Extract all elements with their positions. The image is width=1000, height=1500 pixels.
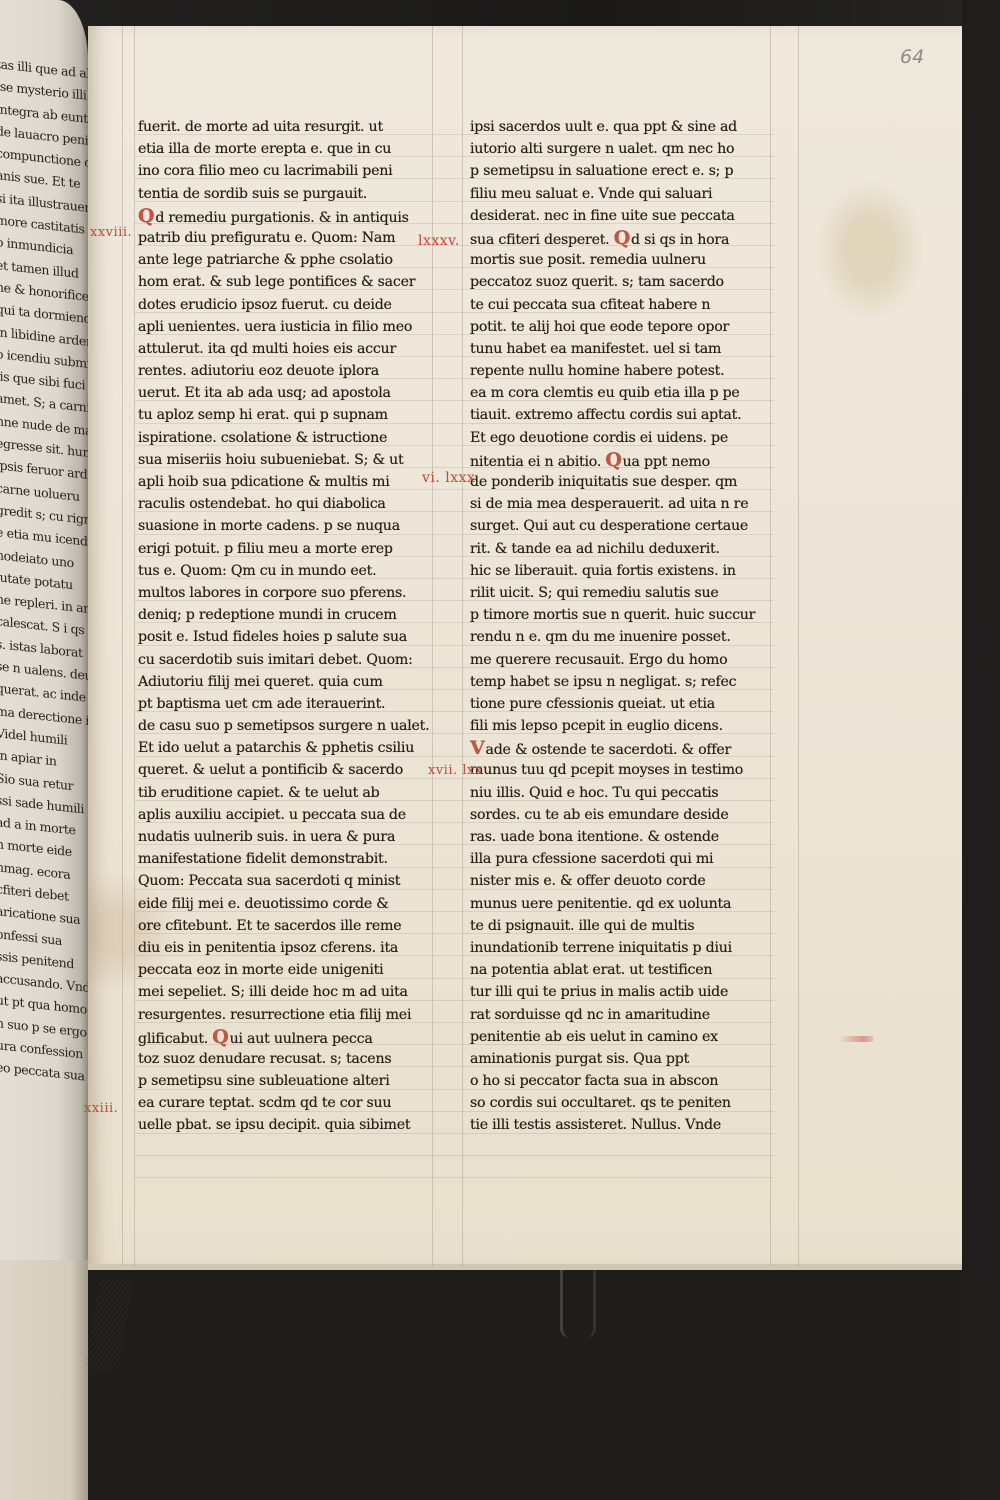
line-text: posit e. Istud fideles hoies p salute su…: [138, 629, 407, 645]
rubricated-initial: V: [470, 737, 485, 759]
marginal-numeral: lxxxv.: [418, 233, 460, 249]
manuscript-line: p semetipsu in saluatione erect e. s; p: [470, 160, 800, 182]
marginal-numeral: vi. lxxx: [422, 470, 475, 486]
line-text: aminationis purgat sis. Qua ppt: [470, 1051, 689, 1067]
manuscript-line: ante lege patriarche & pphe csolatio: [138, 249, 468, 271]
manuscript-line: rat sorduisse qd nc in amaritudine: [470, 1004, 800, 1026]
line-text: illa pura cfessione sacerdoti qui mi: [470, 851, 713, 867]
manuscript-line: ino cora filio meo cu lacrimabili peni: [138, 160, 468, 182]
manuscript-line: nister mis e. & offer deuoto corde: [470, 870, 800, 892]
manuscript-line: Et ego deuotione cordis ei uidens. pe: [470, 427, 800, 449]
line-text: rat sorduisse qd nc in amaritudine: [470, 1007, 710, 1023]
rubricated-initial: Q: [212, 1026, 228, 1048]
line-text: p timore mortis sue n querit. huic succu…: [470, 607, 755, 623]
line-text: si de mia mea desperauerit. ad uita n re: [470, 496, 748, 512]
line-text: sua cfiteri desperet.: [470, 232, 609, 248]
line-text: filiu meu saluat e. Vnde qui saluari: [470, 186, 712, 202]
line-text: ino cora filio meo cu lacrimabili peni: [138, 163, 392, 179]
line-text: ore cfitebunt. Et te sacerdos ille reme: [138, 918, 401, 934]
marginal-numeral: xxiii.: [84, 1101, 118, 1116]
folio-bottom-edge: [88, 1264, 1000, 1270]
manuscript-line: tie illi testis assisteret. Nullus. Vnde: [470, 1114, 800, 1136]
line-text: inundationib terrene iniquitatis p diui: [470, 940, 732, 956]
manuscript-line: ispiratione. csolatione & istructione: [138, 427, 468, 449]
line-text: sordes. cu te ab eis emundare deside: [470, 807, 728, 823]
line-text: potit. te alij hoi que eode tepore opor: [470, 319, 729, 335]
manuscript-line: tur illi qui te prius in malis actib uid…: [470, 981, 800, 1003]
line-text: na potentia ablat erat. ut testificen: [470, 962, 712, 978]
line-text: rendu n e. qm du me inuenire posset.: [470, 629, 731, 645]
manuscript-line: te cui peccata sua cfiteat habere n: [470, 294, 800, 316]
line-text: iutorio alti surgere n ualet. qm nec ho: [470, 141, 734, 157]
manuscript-line: tib eruditione capiet. & te uelut ab: [138, 782, 468, 804]
line-text: suasione in morte cadens. p se nuqua: [138, 518, 400, 534]
manuscript-line: tentia de sordib suis se purgauit.: [138, 183, 468, 205]
manuscript-line: eide filij mei e. deuotissimo corde &: [138, 893, 468, 915]
manuscript-line: rilit uicit. S; qui remediu salutis sue: [470, 582, 800, 604]
manuscript-line: sordes. cu te ab eis emundare deside: [470, 804, 800, 826]
previous-page-edge: tas illi que ad altar-se mysterio illi a…: [0, 0, 88, 1500]
line-text: tur illi qui te prius in malis actib uid…: [470, 984, 728, 1000]
line-text: de ponderib iniquitatis sue desper. qm: [470, 474, 737, 490]
line-text: repente nullu homine habere potest.: [470, 363, 724, 379]
manuscript-line: rit. & tande ea ad nichilu deduxerit.: [470, 538, 800, 560]
line-text: attulerut. ita qd multi hoies eis accur: [138, 341, 396, 357]
scan-right-edge: [962, 0, 1000, 1500]
line-text: ante lege patriarche & pphe csolatio: [138, 252, 393, 268]
line-text: patrib diu prefiguratu e. Quom: Nam: [138, 230, 395, 246]
manuscript-line: te di psignauit. ille qui de multis: [470, 915, 800, 937]
manuscript-line: surget. Qui aut cu desperatione certaue: [470, 515, 800, 537]
manuscript-line: tiauit. extremo affectu cordis sui aptat…: [470, 404, 800, 426]
manuscript-line: iutorio alti surgere n ualet. qm nec ho: [470, 138, 800, 160]
line-text: tione pure cfessionis queiat. ut etia: [470, 696, 715, 712]
manuscript-line: peccatoz suoz querit. s; tam sacerdo: [470, 271, 800, 293]
manuscript-line: toz suoz denudare recusat. s; tacens: [138, 1048, 468, 1070]
text-column-a: fuerit. de morte ad uita resurgit. uteti…: [138, 116, 468, 1137]
manuscript-line: de ponderib iniquitatis sue desper. qm: [470, 471, 800, 493]
line-text: raculis ostendebat. ho qui diabolica: [138, 496, 386, 512]
manuscript-line: hic se liberauit. quia fortis existens. …: [470, 560, 800, 582]
line-text: aplis auxiliu accipiet. u peccata sua de: [138, 807, 406, 823]
manuscript-line: na potentia ablat erat. ut testificen: [470, 959, 800, 981]
line-text: ispiratione. csolatione & istructione: [138, 430, 387, 446]
book-strap: [560, 1268, 596, 1338]
line-text: peccata eoz in morte eide unigeniti: [138, 962, 383, 978]
manuscript-line: penitentie ab eis uelut in camino ex: [470, 1026, 800, 1048]
manuscript-line: Quom: Peccata sua sacerdoti q minist: [138, 870, 468, 892]
line-text: nitentia ei n abitio.: [470, 454, 601, 470]
manuscript-line: apli hoib sua pdicatione & multis mi: [138, 471, 468, 493]
text-column-b: ipsi sacerdos uult e. qua ppt & sine adi…: [470, 116, 800, 1137]
manuscript-line: multos labores in corpore suo pferens.: [138, 582, 468, 604]
line-text: p semetipsu sine subleuatione alteri: [138, 1073, 390, 1089]
line-text: ea m cora clemtis eu quib etia illa p pe: [470, 385, 740, 401]
manuscript-line: suasione in morte cadens. p se nuqua: [138, 515, 468, 537]
ruling-line: [134, 1155, 774, 1156]
line-text: tentia de sordib suis se purgauit.: [138, 186, 367, 202]
manuscript-line: munus tuu qd pcepit moyses in testimo: [470, 759, 800, 781]
manuscript-line: sua cfiteri desperet. Qd si qs in hora: [470, 227, 800, 249]
manuscript-line: hom erat. & sub lege pontifices & sacer: [138, 271, 468, 293]
line-text: hom erat. & sub lege pontifices & sacer: [138, 274, 415, 290]
manuscript-line: munus uere penitentie. qd ex uolunta: [470, 893, 800, 915]
line-text: erigi potuit. p filiu meu a morte erep: [138, 541, 393, 557]
line-text: de casu suo p semetipsos surgere n ualet…: [138, 718, 429, 734]
manuscript-line: nudatis uulnerib suis. in uera & pura: [138, 826, 468, 848]
manuscript-line: tus e. Quom: Qm cu in mundo eet.: [138, 560, 468, 582]
manuscript-line: manifestatione fidelit demonstrabit.: [138, 848, 468, 870]
manuscript-line: tu aploz semp hi erat. qui p supnam: [138, 404, 468, 426]
manuscript-line: temp habet se ipsu n negligat. s; refec: [470, 671, 800, 693]
line-text: o ho si peccator facta sua in abscon: [470, 1073, 718, 1089]
line-text: te cui peccata sua cfiteat habere n: [470, 297, 710, 313]
line-text: ui aut uulnera pecca: [230, 1031, 373, 1047]
line-text: rilit uicit. S; qui remediu salutis sue: [470, 585, 719, 601]
manuscript-line: illa pura cfessione sacerdoti qui mi: [470, 848, 800, 870]
line-text: apli uenientes. uera iusticia in filio m…: [138, 319, 412, 335]
manuscript-line: repente nullu homine habere potest.: [470, 360, 800, 382]
line-text: multos labores in corpore suo pferens.: [138, 585, 406, 601]
line-text: tiauit. extremo affectu cordis sui aptat…: [470, 407, 741, 423]
line-text: nister mis e. & offer deuoto corde: [470, 873, 706, 889]
ruling-line: [122, 26, 123, 1266]
line-text: so cordis sui occultaret. qs te peniten: [470, 1095, 731, 1111]
manuscript-line: apli uenientes. uera iusticia in filio m…: [138, 316, 468, 338]
manuscript-line: me querere recusauit. Ergo du homo: [470, 649, 800, 671]
line-text: rentes. adiutoriu eoz deuote iplora: [138, 363, 379, 379]
line-text: desiderat. nec in fine uite sue peccata: [470, 208, 735, 224]
line-text: uelle pbat. se ipsu decipit. quia sibime…: [138, 1117, 410, 1133]
manuscript-line: erigi potuit. p filiu meu a morte erep: [138, 538, 468, 560]
manuscript-line: o ho si peccator facta sua in abscon: [470, 1070, 800, 1092]
manuscript-line: nitentia ei n abitio. Qua ppt nemo: [470, 449, 800, 471]
line-text: d remediu purgationis. & in antiquis: [155, 210, 408, 226]
manuscript-line: Et ido uelut a patarchis & pphetis csili…: [138, 737, 468, 759]
line-text: mei sepeliet. S; illi deide hoc m ad uit…: [138, 984, 408, 1000]
marginal-numeral: xxviii.: [90, 225, 132, 240]
manuscript-line: rendu n e. qm du me inuenire posset.: [470, 626, 800, 648]
manuscript-line: ea m cora clemtis eu quib etia illa p pe: [470, 382, 800, 404]
manuscript-line: ea curare teptat. scdm qd te cor suu: [138, 1092, 468, 1114]
manuscript-line: fili mis lepso pcepit in euglio dicens.: [470, 715, 800, 737]
line-text: Et ego deuotione cordis ei uidens. pe: [470, 430, 728, 446]
ruling-line: [134, 26, 135, 1266]
manuscript-line: si de mia mea desperauerit. ad uita n re: [470, 493, 800, 515]
marginal-numeral: xvii. lxx: [428, 763, 483, 778]
manuscript-line: fuerit. de morte ad uita resurgit. ut: [138, 116, 468, 138]
manuscript-line: dotes erudicio ipsoz fuerut. cu deide: [138, 294, 468, 316]
line-text: eide filij mei e. deuotissimo corde &: [138, 896, 389, 912]
line-text: diu eis in penitentia ipsoz cferens. ita: [138, 940, 398, 956]
manuscript-line: raculis ostendebat. ho qui diabolica: [138, 493, 468, 515]
line-text: fili mis lepso pcepit in euglio dicens.: [470, 718, 723, 734]
manuscript-line: ipsi sacerdos uult e. qua ppt & sine ad: [470, 116, 800, 138]
line-text: nudatis uulnerib suis. in uera & pura: [138, 829, 395, 845]
line-text: Quom: Peccata sua sacerdoti q minist: [138, 873, 400, 889]
manuscript-line: pt baptisma uet cm ade iterauerint.: [138, 693, 468, 715]
manuscript-line: attulerut. ita qd multi hoies eis accur: [138, 338, 468, 360]
line-text: toz suoz denudare recusat. s; tacens: [138, 1051, 391, 1067]
line-text: tie illi testis assisteret. Nullus. Vnde: [470, 1117, 721, 1133]
line-text: me querere recusauit. Ergo du homo: [470, 652, 727, 668]
line-text: hic se liberauit. quia fortis existens. …: [470, 563, 736, 579]
rubricated-initial: Q: [138, 205, 154, 227]
line-text: tus e. Quom: Qm cu in mundo eet.: [138, 563, 376, 579]
line-text: tu aploz semp hi erat. qui p supnam: [138, 407, 388, 423]
line-text: te di psignauit. ille qui de multis: [470, 918, 694, 934]
manuscript-line: posit e. Istud fideles hoies p salute su…: [138, 626, 468, 648]
line-text: manifestatione fidelit demonstrabit.: [138, 851, 388, 867]
previous-page-text: tas illi que ad altar-se mysterio illi a…: [0, 58, 88, 1084]
line-text: penitentie ab eis uelut in camino ex: [470, 1029, 718, 1045]
line-text: apli hoib sua pdicatione & multis mi: [138, 474, 390, 490]
line-text: mortis sue posit. remedia uulneru: [470, 252, 706, 268]
line-text: ade & ostende te sacerdoti. & offer: [486, 742, 732, 758]
manuscript-line: potit. te alij hoi que eode tepore opor: [470, 316, 800, 338]
folio-number: 64: [900, 46, 924, 68]
line-text: ua ppt nemo: [623, 454, 710, 470]
manuscript-line: ore cfitebunt. Et te sacerdos ille reme: [138, 915, 468, 937]
line-text: uerut. Et ita ab ada usq; ad apostola: [138, 385, 391, 401]
line-text: ea curare teptat. scdm qd te cor suu: [138, 1095, 391, 1111]
manuscript-line: Adiutoriu filij mei queret. quia cum: [138, 671, 468, 693]
line-text: tunu habet ea manifestet. uel si tam: [470, 341, 721, 357]
manuscript-line: uerut. Et ita ab ada usq; ad apostola: [138, 382, 468, 404]
line-text: cu sacerdotib suis imitari debet. Quom:: [138, 652, 413, 668]
manuscript-line: p timore mortis sue n querit. huic succu…: [470, 604, 800, 626]
line-text: Et ido uelut a patarchis & pphetis csili…: [138, 740, 414, 756]
line-text: temp habet se ipsu n negligat. s; refec: [470, 674, 736, 690]
manuscript-line: rentes. adiutoriu eoz deuote iplora: [138, 360, 468, 382]
line-text: queret. & uelut a pontificib & sacerdo: [138, 762, 403, 778]
line-text: resurgentes. resurrectione etia filij me…: [138, 1007, 411, 1023]
line-text: Adiutoriu filij mei queret. quia cum: [138, 674, 383, 690]
line-text: ipsi sacerdos uult e. qua ppt & sine ad: [470, 119, 737, 135]
manuscript-line: p semetipsu sine subleuatione alteri: [138, 1070, 468, 1092]
line-text: sua miseriis hoiu subueniebat. S; & ut: [138, 452, 403, 468]
line-text: tib eruditione capiet. & te uelut ab: [138, 785, 379, 801]
manuscript-line: Vade & ostende te sacerdoti. & offer: [470, 737, 800, 759]
manuscript-line: etia illa de morte erepta e. que in cu: [138, 138, 468, 160]
line-text: rit. & tande ea ad nichilu deduxerit.: [470, 541, 720, 557]
line-text: niu illis. Quid e hoc. Tu qui peccatis: [470, 785, 718, 801]
manuscript-line: sua miseriis hoiu subueniebat. S; & ut: [138, 449, 468, 471]
line-text: glificabut.: [138, 1031, 208, 1047]
manuscript-line: desiderat. nec in fine uite sue peccata: [470, 205, 800, 227]
previous-page-lower-blank: [0, 1260, 88, 1500]
manuscript-line: diu eis in penitentia ipsoz cferens. ita: [138, 937, 468, 959]
manuscript-line: ras. uade bona itentione. & ostende: [470, 826, 800, 848]
line-text: munus tuu qd pcepit moyses in testimo: [470, 762, 743, 778]
manuscript-line: mortis sue posit. remedia uulneru: [470, 249, 800, 271]
manuscript-line: peccata eoz in morte eide unigeniti: [138, 959, 468, 981]
binding-cradle: [88, 1270, 1000, 1500]
manuscript-line: tione pure cfessionis queiat. ut etia: [470, 693, 800, 715]
manuscript-line: inundationib terrene iniquitatis p diui: [470, 937, 800, 959]
ruling-line: [134, 1177, 774, 1178]
line-text: etia illa de morte erepta e. que in cu: [138, 141, 391, 157]
manuscript-line: cu sacerdotib suis imitari debet. Quom:: [138, 649, 468, 671]
red-ink-stain: [838, 1036, 874, 1042]
manuscript-line: deniq; p redeptione mundi in crucem: [138, 604, 468, 626]
manuscript-line: niu illis. Quid e hoc. Tu qui peccatis: [470, 782, 800, 804]
line-text: munus uere penitentie. qd ex uolunta: [470, 896, 731, 912]
manuscript-line: Qd remediu purgationis. & in antiquis: [138, 205, 468, 227]
manuscript-line: resurgentes. resurrectione etia filij me…: [138, 1004, 468, 1026]
manuscript-line: so cordis sui occultaret. qs te peniten: [470, 1092, 800, 1114]
manuscript-line: queret. & uelut a pontificib & sacerdo: [138, 759, 468, 781]
line-text: ras. uade bona itentione. & ostende: [470, 829, 719, 845]
line-text: d si qs in hora: [631, 232, 729, 248]
rubricated-initial: Q: [605, 449, 621, 471]
manuscript-line: filiu meu saluat e. Vnde qui saluari: [470, 183, 800, 205]
manuscript-line: de casu suo p semetipsos surgere n ualet…: [138, 715, 468, 737]
line-text: p semetipsu in saluatione erect e. s; p: [470, 163, 733, 179]
line-text: pt baptisma uet cm ade iterauerint.: [138, 696, 385, 712]
manuscript-line: aplis auxiliu accipiet. u peccata sua de: [138, 804, 468, 826]
rubricated-initial: Q: [614, 227, 630, 249]
line-text: peccatoz suoz querit. s; tam sacerdo: [470, 274, 724, 290]
manuscript-line: tunu habet ea manifestet. uel si tam: [470, 338, 800, 360]
line-text: surget. Qui aut cu desperatione certaue: [470, 518, 748, 534]
manuscript-line: uelle pbat. se ipsu decipit. quia sibime…: [138, 1114, 468, 1136]
line-text: fuerit. de morte ad uita resurgit. ut: [138, 119, 383, 135]
line-text: dotes erudicio ipsoz fuerut. cu deide: [138, 297, 392, 313]
manuscript-line: aminationis purgat sis. Qua ppt: [470, 1048, 800, 1070]
manuscript-line: mei sepeliet. S; illi deide hoc m ad uit…: [138, 981, 468, 1003]
manuscript-line: glificabut. Qui aut uulnera pecca: [138, 1026, 468, 1048]
line-text: deniq; p redeptione mundi in crucem: [138, 607, 397, 623]
